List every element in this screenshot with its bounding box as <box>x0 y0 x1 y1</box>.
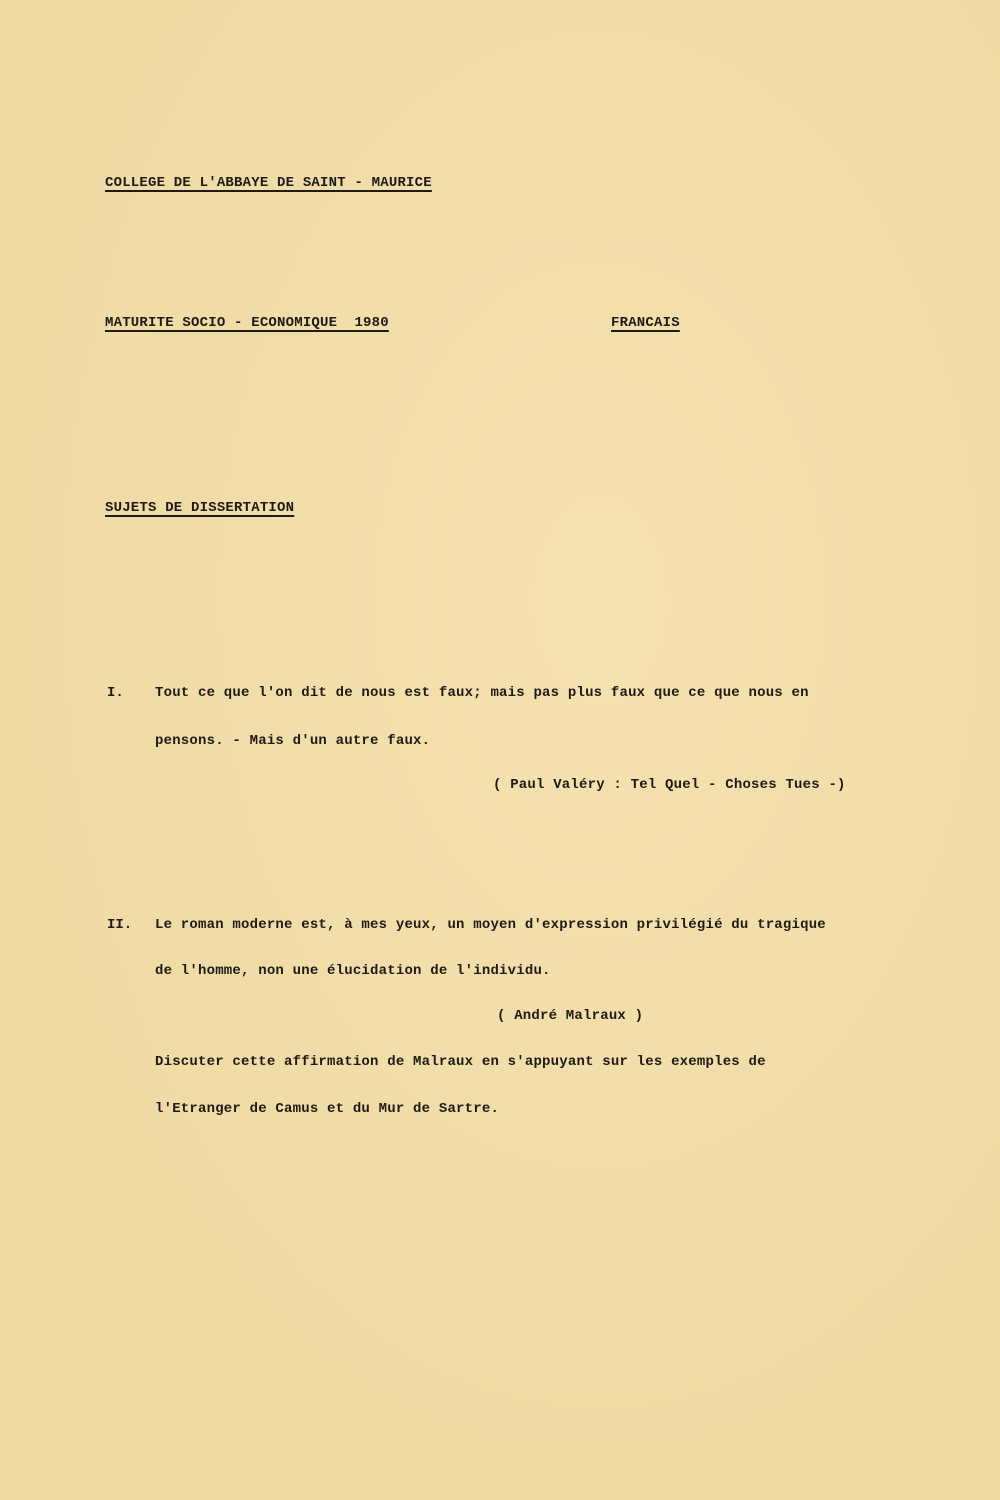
exam-title: MATURITE SOCIO - ECONOMIQUE 1980 <box>105 315 389 331</box>
topic-2-number: II. <box>107 917 132 933</box>
topic-2-instruction-2: l'Etranger de Camus et du Mur de Sartre. <box>155 1101 499 1117</box>
topic-2-attribution: ( André Malraux ) <box>497 1008 643 1024</box>
institution-heading: COLLEGE DE L'ABBAYE DE SAINT - MAURICE <box>105 175 432 191</box>
subject-title: FRANCAIS <box>611 315 680 331</box>
section-title: SUJETS DE DISSERTATION <box>105 500 294 516</box>
topic-1-line-1: Tout ce que l'on dit de nous est faux; m… <box>155 685 809 701</box>
topic-2-line-1: Le roman moderne est, à mes yeux, un moy… <box>155 917 826 933</box>
topic-2-line-2: de l'homme, non une élucidation de l'ind… <box>155 963 551 979</box>
topic-2-instruction-1: Discuter cette affirmation de Malraux en… <box>155 1054 766 1070</box>
topic-1-line-2: pensons. - Mais d'un autre faux. <box>155 733 430 749</box>
document-page: COLLEGE DE L'ABBAYE DE SAINT - MAURICE M… <box>0 0 1000 1500</box>
topic-1-number: I. <box>107 685 124 701</box>
topic-1-attribution: ( Paul Valéry : Tel Quel - Choses Tues -… <box>493 777 846 793</box>
